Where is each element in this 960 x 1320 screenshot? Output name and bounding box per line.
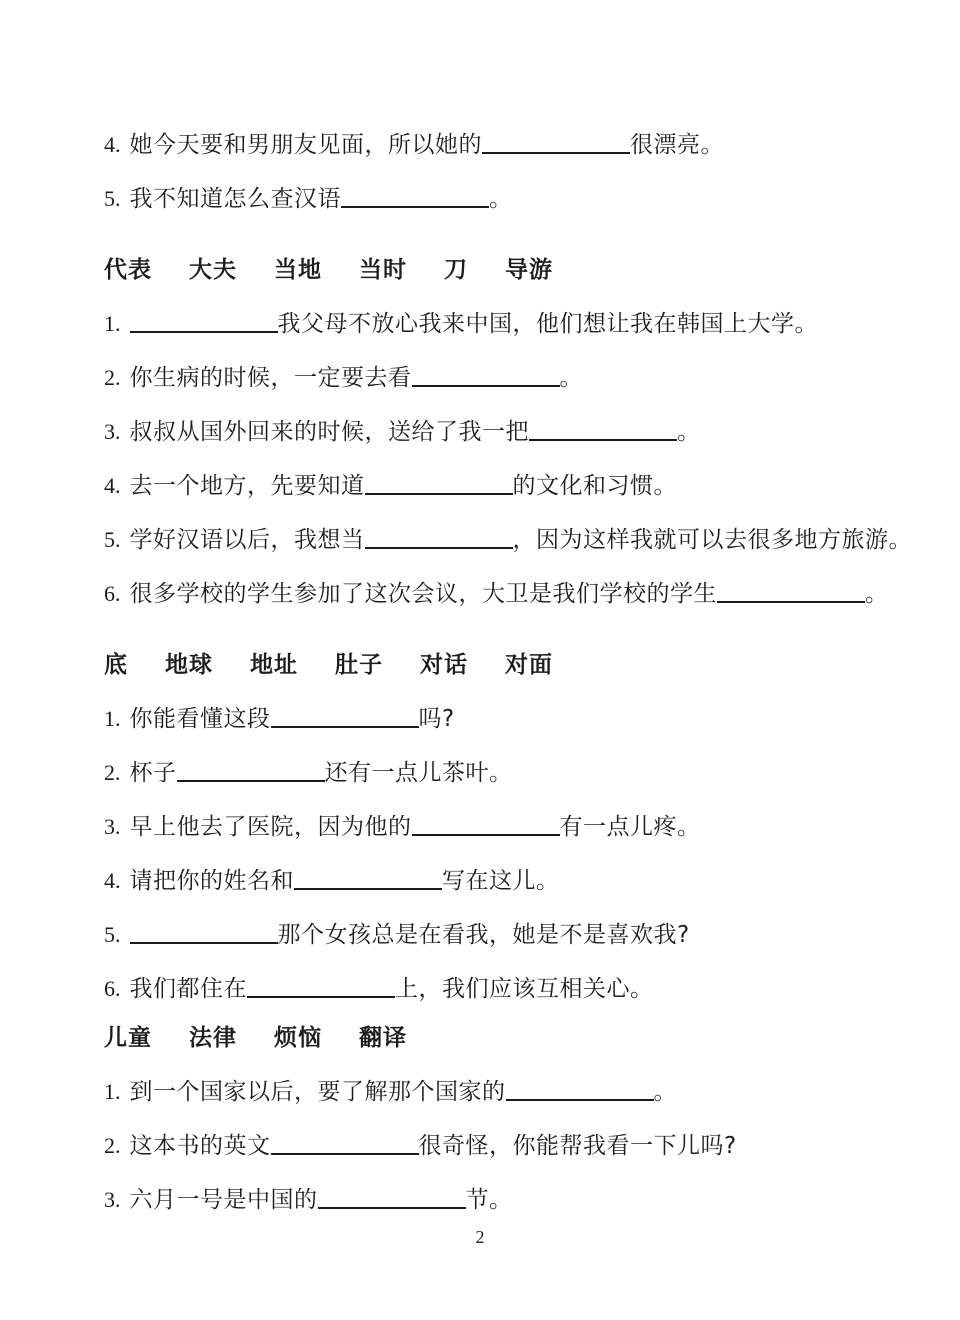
- question-item: 3.叔叔从国外回来的时候，送给了我一把。: [104, 414, 912, 446]
- question-pre-text: 叔叔从国外回来的时候，送给了我一把: [130, 419, 530, 445]
- question-number: 4.: [104, 132, 121, 157]
- question-item: 2.这本书的英文很奇怪，你能帮我看一下儿吗?: [104, 1128, 912, 1160]
- word-bank-item: 底: [104, 652, 128, 678]
- word-bank: 儿童法律烦恼翻译: [104, 1025, 912, 1052]
- question-post-text: 。: [865, 581, 889, 607]
- question-item: 1.到一个国家以后，要了解那个国家的。: [104, 1074, 912, 1106]
- word-bank-item: 大夫: [189, 257, 237, 283]
- fill-in-blank: [341, 183, 489, 208]
- fill-in-blank: [130, 919, 278, 944]
- word-bank-item: 烦恼: [274, 1025, 322, 1051]
- question-number: 4.: [104, 473, 121, 498]
- word-bank: 代表大夫当地当时刀导游: [104, 257, 912, 284]
- question-number: 5.: [104, 922, 121, 947]
- question-number: 3.: [104, 814, 121, 839]
- question-item: 4.请把你的姓名和写在这儿。: [104, 863, 912, 895]
- question-pre-text: 杯子: [130, 760, 177, 786]
- question-number: 3.: [104, 419, 121, 444]
- question-item: 4.去一个地方，先要知道的文化和习惯。: [104, 468, 912, 500]
- question-number: 6.: [104, 581, 121, 606]
- question-post-text: ，因为这样我就可以去很多地方旅游。: [513, 527, 913, 553]
- question-pre-text: 你能看懂这段: [130, 706, 271, 732]
- fill-in-blank: [271, 703, 419, 728]
- fill-in-blank: [130, 308, 278, 333]
- question-pre-text: 早上他去了医院，因为他的: [130, 814, 412, 840]
- question-item: 3.六月一号是中国的节。: [104, 1182, 912, 1214]
- question-item: 4.她今天要和男朋友见面，所以她的很漂亮。: [104, 127, 912, 159]
- question-section: 4.她今天要和男朋友见面，所以她的很漂亮。5.我不知道怎么查汉语。: [104, 127, 912, 213]
- question-post-text: 吗?: [419, 706, 455, 732]
- question-post-text: 很漂亮。: [630, 132, 724, 158]
- question-item: 1.我父母不放心我来中国，他们想让我在韩国上大学。: [104, 306, 912, 338]
- fill-in-blank: [271, 1130, 419, 1155]
- word-bank-item: 当时: [359, 257, 407, 283]
- question-pre-text: 你生病的时候，一定要去看: [130, 365, 412, 391]
- question-item: 2.你生病的时候，一定要去看。: [104, 360, 912, 392]
- fill-in-blank: [247, 973, 395, 998]
- question-post-text: 那个女孩总是在看我，她是不是喜欢我?: [278, 922, 690, 948]
- question-post-text: 上，我们应该互相关心。: [395, 976, 654, 1002]
- fill-in-blank: [365, 470, 513, 495]
- question-item: 6.我们都住在上，我们应该互相关心。: [104, 971, 912, 1003]
- question-item: 5.学好汉语以后，我想当，因为这样我就可以去很多地方旅游。: [104, 522, 912, 554]
- worksheet-body: 4.她今天要和男朋友见面，所以她的很漂亮。5.我不知道怎么查汉语。代表大夫当地当…: [0, 0, 960, 1214]
- word-bank-item: 当地: [274, 257, 322, 283]
- question-post-text: 节。: [466, 1187, 513, 1213]
- word-bank-item: 翻译: [359, 1025, 407, 1051]
- question-post-text: 。: [560, 365, 584, 391]
- question-post-text: 的文化和习惯。: [513, 473, 678, 499]
- question-number: 2.: [104, 1133, 121, 1158]
- question-pre-text: 六月一号是中国的: [130, 1187, 318, 1213]
- question-number: 2.: [104, 365, 121, 390]
- question-section: 儿童法律烦恼翻译1.到一个国家以后，要了解那个国家的。2.这本书的英文很奇怪，你…: [104, 1025, 912, 1214]
- word-bank-item: 地球: [165, 652, 213, 678]
- question-item: 5.我不知道怎么查汉语。: [104, 181, 912, 213]
- question-post-text: 还有一点儿茶叶。: [325, 760, 513, 786]
- question-item: 3.早上他去了医院，因为他的有一点儿疼。: [104, 809, 912, 841]
- question-post-text: 我父母不放心我来中国，他们想让我在韩国上大学。: [278, 311, 819, 337]
- fill-in-blank: [294, 865, 442, 890]
- word-bank-item: 法律: [189, 1025, 237, 1051]
- question-pre-text: 这本书的英文: [130, 1133, 271, 1159]
- question-pre-text: 去一个地方，先要知道: [130, 473, 365, 499]
- question-item: 2.杯子还有一点儿茶叶。: [104, 755, 912, 787]
- question-post-text: 。: [654, 1079, 678, 1105]
- fill-in-blank: [177, 757, 325, 782]
- word-bank-item: 刀: [444, 257, 468, 283]
- question-pre-text: 我不知道怎么查汉语: [130, 186, 342, 212]
- question-pre-text: 学好汉语以后，我想当: [130, 527, 365, 553]
- word-bank-item: 代表: [104, 257, 152, 283]
- fill-in-blank: [365, 524, 513, 549]
- fill-in-blank: [412, 362, 560, 387]
- question-number: 5.: [104, 186, 121, 211]
- word-bank-item: 导游: [505, 257, 553, 283]
- question-number: 1.: [104, 1079, 121, 1104]
- question-item: 5.那个女孩总是在看我，她是不是喜欢我?: [104, 917, 912, 949]
- question-pre-text: 到一个国家以后，要了解那个国家的: [130, 1079, 506, 1105]
- question-post-text: 有一点儿疼。: [560, 814, 701, 840]
- question-pre-text: 很多学校的学生参加了这次会议，大卫是我们学校的学生: [130, 581, 718, 607]
- word-bank: 底地球地址肚子对话对面: [104, 652, 912, 679]
- word-bank-item: 地址: [250, 652, 298, 678]
- question-number: 1.: [104, 706, 121, 731]
- page-number: 2: [0, 1227, 960, 1248]
- question-item: 1.你能看懂这段吗?: [104, 701, 912, 733]
- fill-in-blank: [506, 1076, 654, 1101]
- question-post-text: 。: [677, 419, 701, 445]
- question-number: 3.: [104, 1187, 121, 1212]
- question-section: 底地球地址肚子对话对面1.你能看懂这段吗?2.杯子还有一点儿茶叶。3.早上他去了…: [104, 652, 912, 1003]
- fill-in-blank: [412, 811, 560, 836]
- word-bank-item: 对面: [505, 652, 553, 678]
- worksheet-page: 4.她今天要和男朋友见面，所以她的很漂亮。5.我不知道怎么查汉语。代表大夫当地当…: [0, 0, 960, 1320]
- question-pre-text: 我们都住在: [130, 976, 248, 1002]
- word-bank-item: 儿童: [104, 1025, 152, 1051]
- question-post-text: 写在这儿。: [442, 868, 560, 894]
- question-post-text: 很奇怪，你能帮我看一下儿吗?: [419, 1133, 737, 1159]
- question-number: 2.: [104, 760, 121, 785]
- question-number: 6.: [104, 976, 121, 1001]
- question-section: 代表大夫当地当时刀导游1.我父母不放心我来中国，他们想让我在韩国上大学。2.你生…: [104, 257, 912, 608]
- fill-in-blank: [717, 578, 865, 603]
- question-post-text: 。: [489, 186, 513, 212]
- fill-in-blank: [318, 1184, 466, 1209]
- fill-in-blank: [482, 129, 630, 154]
- question-item: 6.很多学校的学生参加了这次会议，大卫是我们学校的学生。: [104, 576, 912, 608]
- question-number: 5.: [104, 527, 121, 552]
- question-pre-text: 请把你的姓名和: [130, 868, 295, 894]
- question-number: 4.: [104, 868, 121, 893]
- word-bank-item: 肚子: [335, 652, 383, 678]
- question-pre-text: 她今天要和男朋友见面，所以她的: [130, 132, 483, 158]
- question-number: 1.: [104, 311, 121, 336]
- fill-in-blank: [529, 416, 677, 441]
- word-bank-item: 对话: [420, 652, 468, 678]
